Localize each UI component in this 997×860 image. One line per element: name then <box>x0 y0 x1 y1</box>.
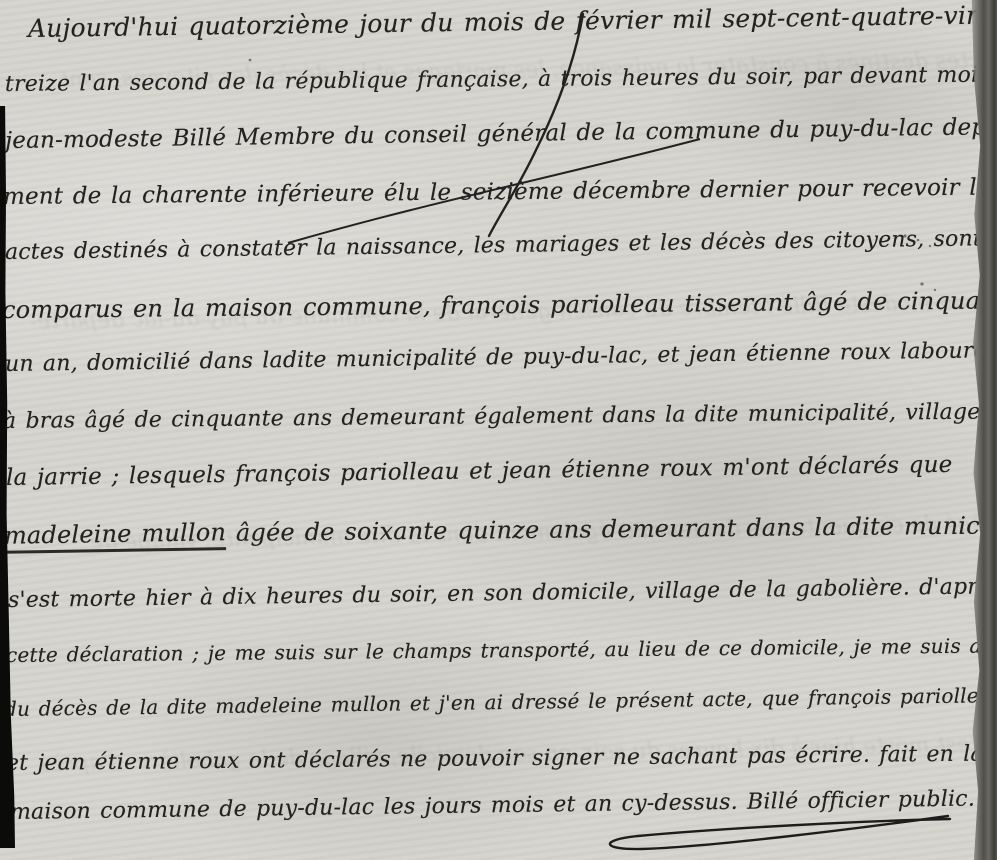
manuscript-line-9: la jarrie ; lesquels françois pariolleau… <box>6 452 953 491</box>
manuscript-line-8: à bras âgé de cinquante ans demeurant ég… <box>3 399 997 434</box>
manuscript-line-4: ment de la charente inférieure élu le se… <box>3 174 997 210</box>
manuscript-line-5: actes destinés à constater la naissance,… <box>5 226 982 265</box>
line-10-text: âgée de soixante quinze ans demeurant da… <box>226 511 997 547</box>
manuscript-line-13: du décès de la dite madeleine mullon et … <box>4 683 997 721</box>
manuscript-line-11: s'est morte hier à dix heures du soir, e… <box>8 574 997 613</box>
manuscript-line-7: un an, domicilié dans ladite municipalit… <box>5 338 997 377</box>
manuscript-line-14: et jean étienne roux ont déclarés ne pou… <box>6 742 984 776</box>
line-4-text: ment de la charente inférieure <box>3 180 384 210</box>
manuscript-line-3: jean-modeste Billé Membre du conseil gén… <box>5 114 997 154</box>
manuscript-line-6: comparus en la maison commune, françois … <box>2 286 997 324</box>
manuscript-page: actes destinés à constater la naissance,… <box>0 0 997 860</box>
manuscript-line-1: Aujourd'hui quatorzième jour du mois de … <box>28 0 997 43</box>
manuscript-line-10: madeleine mullon âgée de soixante quinze… <box>4 511 997 553</box>
manuscript-line-15: maison commune de puy-du-lac les jours m… <box>10 787 975 825</box>
struck-word: élu <box>384 180 421 206</box>
manuscript-line-2: treize l'an second de la république fran… <box>5 62 997 97</box>
underlined-name: madeleine mullon <box>4 518 226 554</box>
signature-paraph <box>610 816 950 849</box>
line-4-text: le seizième décembre dernier pour recevo… <box>420 174 997 206</box>
manuscript-line-12: cette déclaration ; je me suis sur le ch… <box>6 633 997 667</box>
